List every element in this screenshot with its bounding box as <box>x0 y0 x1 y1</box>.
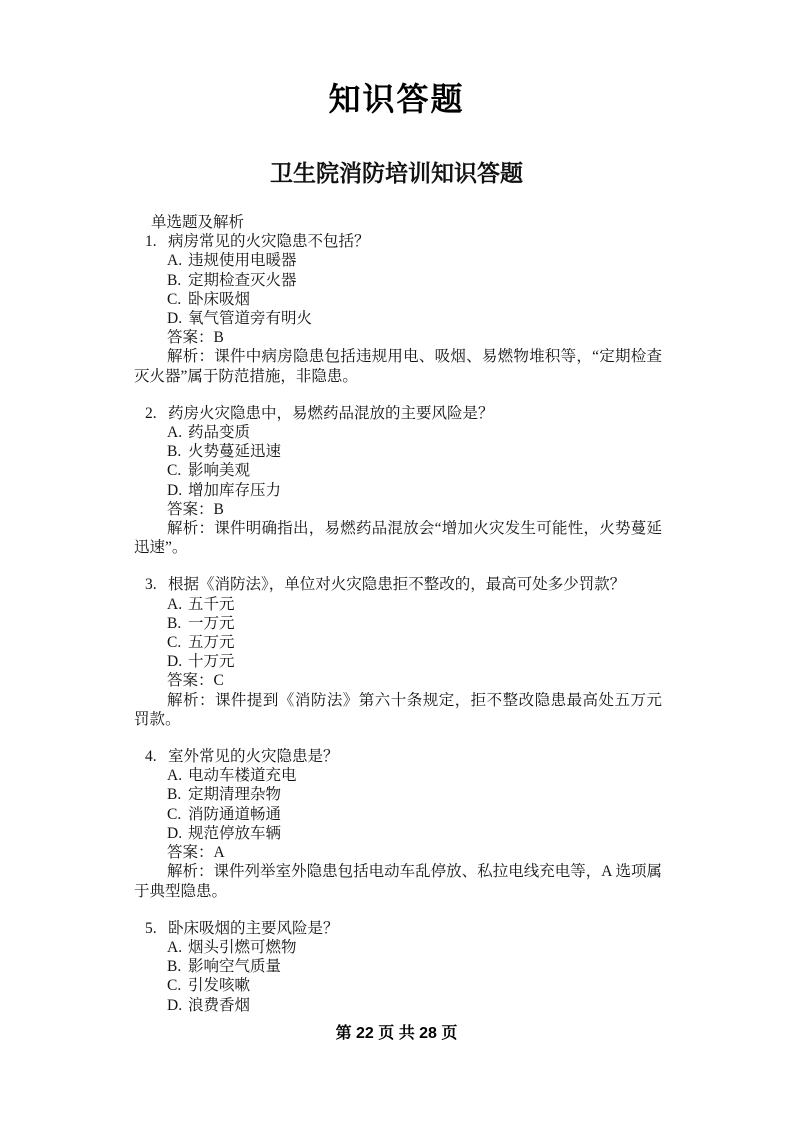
option-text: 引发咳嗽 <box>188 976 662 995</box>
option-a: A. 烟头引燃可燃物 <box>134 938 662 957</box>
option-text: 规范停放车辆 <box>188 824 662 843</box>
option-text: 火势蔓延迅速 <box>188 442 662 461</box>
option-label: D. <box>167 996 188 1015</box>
explanation: 解析：课件明确指出，易燃药品混放会“增加火灾发生可能性，火势蔓延迅速”。 <box>134 519 662 557</box>
option-label: A. <box>167 766 188 785</box>
page-number-footer: 第 22 页 共 28 页 <box>0 1020 793 1043</box>
option-text: 电动车楼道充电 <box>188 766 662 785</box>
option-c: C. 影响美观 <box>134 461 662 480</box>
option-label: C. <box>167 633 188 652</box>
option-text: 五千元 <box>188 595 662 614</box>
option-label: D. <box>167 481 188 500</box>
option-label: C. <box>167 805 188 824</box>
option-text: 消防通道畅通 <box>188 805 662 824</box>
option-text: 十万元 <box>188 652 662 671</box>
question-3: 3. 根据《消防法》，单位对火灾隐患拒不整改的，最高可处多少罚款？ A. 五千元… <box>134 575 662 729</box>
answer-value: B <box>214 329 224 346</box>
answer-line: 答案：B <box>134 328 662 347</box>
option-b: B. 定期清理杂物 <box>134 785 662 804</box>
option-label: B. <box>167 271 188 290</box>
question-number: 3. <box>145 575 168 594</box>
option-a: A. 药品变质 <box>134 423 662 442</box>
option-text: 增加库存压力 <box>188 481 662 500</box>
option-text: 定期清理杂物 <box>188 785 662 804</box>
option-text: 定期检查灭火器 <box>188 271 662 290</box>
answer-value: B <box>214 501 224 518</box>
option-c: C. 卧床吸烟 <box>134 290 662 309</box>
option-d: D. 氧气管道旁有明火 <box>134 309 662 328</box>
question-number: 2. <box>145 404 168 423</box>
option-text: 氧气管道旁有明火 <box>188 309 662 328</box>
answer-label: 答案： <box>167 844 214 861</box>
question-text: 卧床吸烟的主要风险是？ <box>168 919 662 938</box>
option-text: 影响美观 <box>188 461 662 480</box>
question-text: 根据《消防法》，单位对火灾隐患拒不整改的，最高可处多少罚款？ <box>168 575 662 594</box>
option-label: A. <box>167 251 188 270</box>
option-label: B. <box>167 785 188 804</box>
option-label: A. <box>167 938 188 957</box>
answer-value: A <box>214 844 225 861</box>
option-label: B. <box>167 614 188 633</box>
question-text: 病房常见的火灾隐患不包括？ <box>168 232 662 251</box>
option-label: D. <box>167 309 188 328</box>
section-label: 单选题及解析 <box>134 213 662 232</box>
option-text: 五万元 <box>188 633 662 652</box>
question-text: 室外常见的火灾隐患是？ <box>168 747 662 766</box>
option-text: 烟头引燃可燃物 <box>188 938 662 957</box>
option-d: D. 增加库存压力 <box>134 481 662 500</box>
option-label: D. <box>167 824 188 843</box>
question-line: 5. 卧床吸烟的主要风险是？ <box>134 919 662 938</box>
question-text: 药房火灾隐患中，易燃药品混放的主要风险是？ <box>168 404 662 423</box>
option-d: D. 十万元 <box>134 652 662 671</box>
option-b: B. 一万元 <box>134 614 662 633</box>
question-line: 4. 室外常见的火灾隐患是？ <box>134 747 662 766</box>
document-body: 单选题及解析 1. 病房常见的火灾隐患不包括？ A. 违规使用电暖器 B. 定期… <box>134 213 662 1015</box>
answer-line: 答案：C <box>134 671 662 690</box>
answer-line: 答案：A <box>134 843 662 862</box>
answer-value: C <box>214 672 224 689</box>
option-b: B. 火势蔓延迅速 <box>134 442 662 461</box>
explanation: 解析：课件中病房隐患包括违规用电、吸烟、易燃物堆积等，“定期检查灭火器”属于防范… <box>134 347 662 385</box>
option-label: C. <box>167 290 188 309</box>
question-number: 5. <box>145 919 168 938</box>
option-c: C. 消防通道畅通 <box>134 805 662 824</box>
question-number: 4. <box>145 747 168 766</box>
explanation: 解析：课件提到《消防法》第六十条规定，拒不整改隐患最高处五万元罚款。 <box>134 691 662 729</box>
explanation: 解析：课件列举室外隐患包括电动车乱停放、私拉电线充电等，A 选项属于典型隐患。 <box>134 862 662 900</box>
answer-line: 答案：B <box>134 500 662 519</box>
option-b: B. 影响空气质量 <box>134 957 662 976</box>
option-label: A. <box>167 423 188 442</box>
option-label: B. <box>167 442 188 461</box>
question-number: 1. <box>145 232 168 251</box>
question-line: 1. 病房常见的火灾隐患不包括？ <box>134 232 662 251</box>
option-label: C. <box>167 976 188 995</box>
option-text: 药品变质 <box>188 423 662 442</box>
answer-label: 答案： <box>167 501 214 518</box>
question-4: 4. 室外常见的火灾隐患是？ A. 电动车楼道充电 B. 定期清理杂物 C. 消… <box>134 747 662 901</box>
question-line: 2. 药房火灾隐患中，易燃药品混放的主要风险是？ <box>134 404 662 423</box>
option-d: D. 规范停放车辆 <box>134 824 662 843</box>
question-1: 1. 病房常见的火灾隐患不包括？ A. 违规使用电暖器 B. 定期检查灭火器 C… <box>134 232 662 386</box>
option-label: C. <box>167 461 188 480</box>
option-d: D. 浪费香烟 <box>134 996 662 1015</box>
option-label: D. <box>167 652 188 671</box>
option-label: B. <box>167 957 188 976</box>
option-label: A. <box>167 595 188 614</box>
option-text: 浪费香烟 <box>188 996 662 1015</box>
option-b: B. 定期检查灭火器 <box>134 271 662 290</box>
question-5: 5. 卧床吸烟的主要风险是？ A. 烟头引燃可燃物 B. 影响空气质量 C. 引… <box>134 919 662 1015</box>
option-text: 一万元 <box>188 614 662 633</box>
document-page: 知识答题 卫生院消防培训知识答题 单选题及解析 1. 病房常见的火灾隐患不包括？… <box>0 0 793 1122</box>
answer-label: 答案： <box>167 329 214 346</box>
option-c: C. 五万元 <box>134 633 662 652</box>
option-a: A. 电动车楼道充电 <box>134 766 662 785</box>
option-c: C. 引发咳嗽 <box>134 976 662 995</box>
option-text: 影响空气质量 <box>188 957 662 976</box>
doc-subtitle: 卫生院消防培训知识答题 <box>0 160 793 188</box>
option-a: A. 违规使用电暖器 <box>134 251 662 270</box>
doc-title: 知识答题 <box>0 0 793 118</box>
option-text: 违规使用电暖器 <box>188 251 662 270</box>
question-line: 3. 根据《消防法》，单位对火灾隐患拒不整改的，最高可处多少罚款？ <box>134 575 662 594</box>
question-2: 2. 药房火灾隐患中，易燃药品混放的主要风险是？ A. 药品变质 B. 火势蔓延… <box>134 404 662 558</box>
answer-label: 答案： <box>167 672 214 689</box>
option-text: 卧床吸烟 <box>188 290 662 309</box>
option-a: A. 五千元 <box>134 595 662 614</box>
